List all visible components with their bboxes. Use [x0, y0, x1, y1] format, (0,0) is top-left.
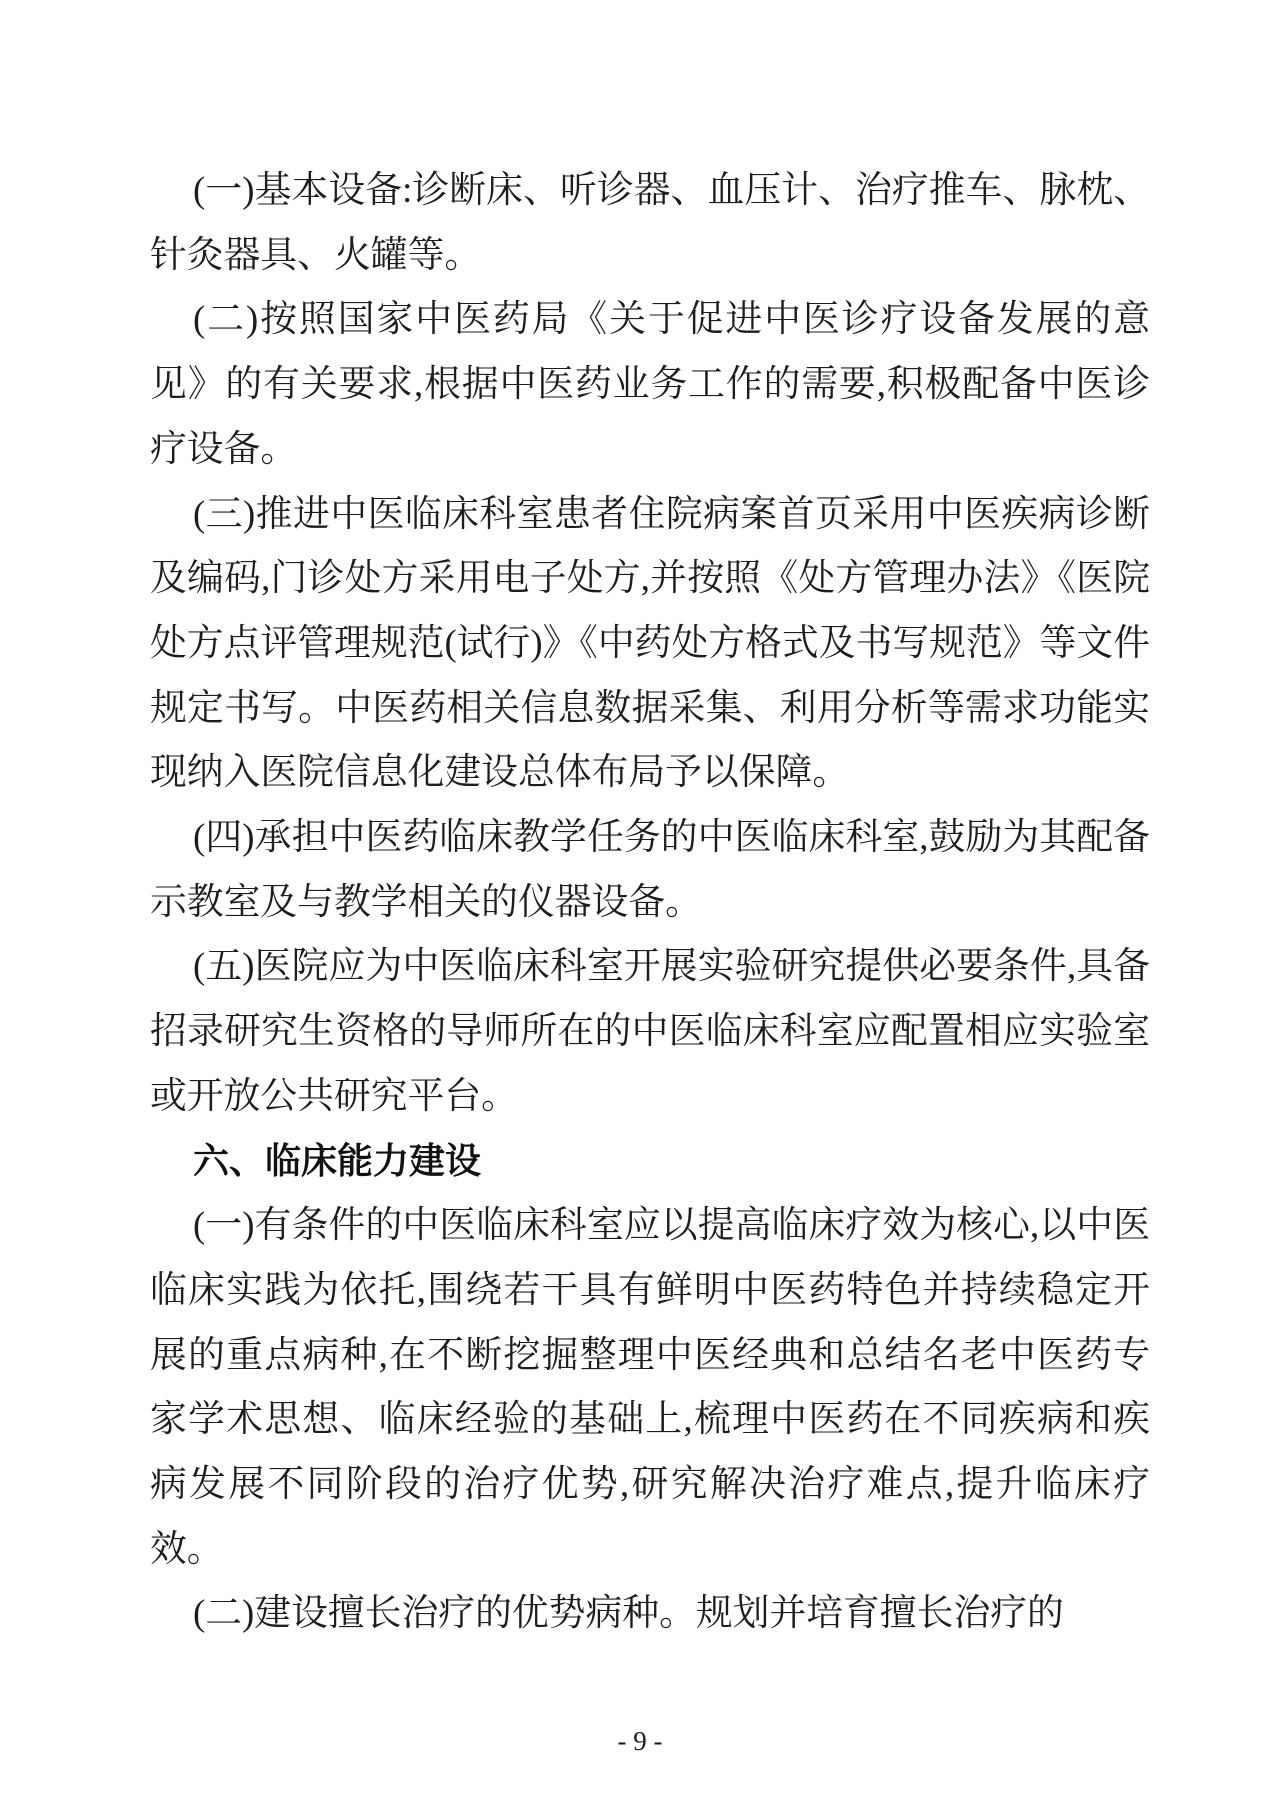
paragraph-4: (四)承担中医药临床教学任务的中医临床科室,鼓励为其配备示教室及与教学相关的仪器…	[150, 805, 1150, 934]
paragraph-7: (二)建设擅长治疗的优势病种。规划并培育擅长治疗的	[150, 1581, 1150, 1646]
paragraph-1: (一)基本设备:诊断床、听诊器、血压计、治疗推车、脉枕、针灸器具、火罐等。	[150, 158, 1150, 287]
document-body: (一)基本设备:诊断床、听诊器、血压计、治疗推车、脉枕、针灸器具、火罐等。 (二…	[150, 158, 1150, 1646]
paragraph-5: (五)医院应为中医临床科室开展实验研究提供必要条件,具备招录研究生资格的导师所在…	[150, 934, 1150, 1128]
paragraph-6: (一)有条件的中医临床科室应以提高临床疗效为核心,以中医临床实践为依托,围绕若干…	[150, 1193, 1150, 1581]
page-number: - 9 -	[0, 1726, 1280, 1757]
paragraph-3: (三)推进中医临床科室患者住院病案首页采用中医疾病诊断及编码,门诊处方采用电子处…	[150, 482, 1150, 806]
paragraph-2: (二)按照国家中医药局《关于促进中医诊疗设备发展的意见》的有关要求,根据中医药业…	[150, 287, 1150, 481]
document-page: (一)基本设备:诊断床、听诊器、血压计、治疗推车、脉枕、针灸器具、火罐等。 (二…	[0, 0, 1280, 1810]
section-heading: 六、临床能力建设	[150, 1129, 1150, 1194]
